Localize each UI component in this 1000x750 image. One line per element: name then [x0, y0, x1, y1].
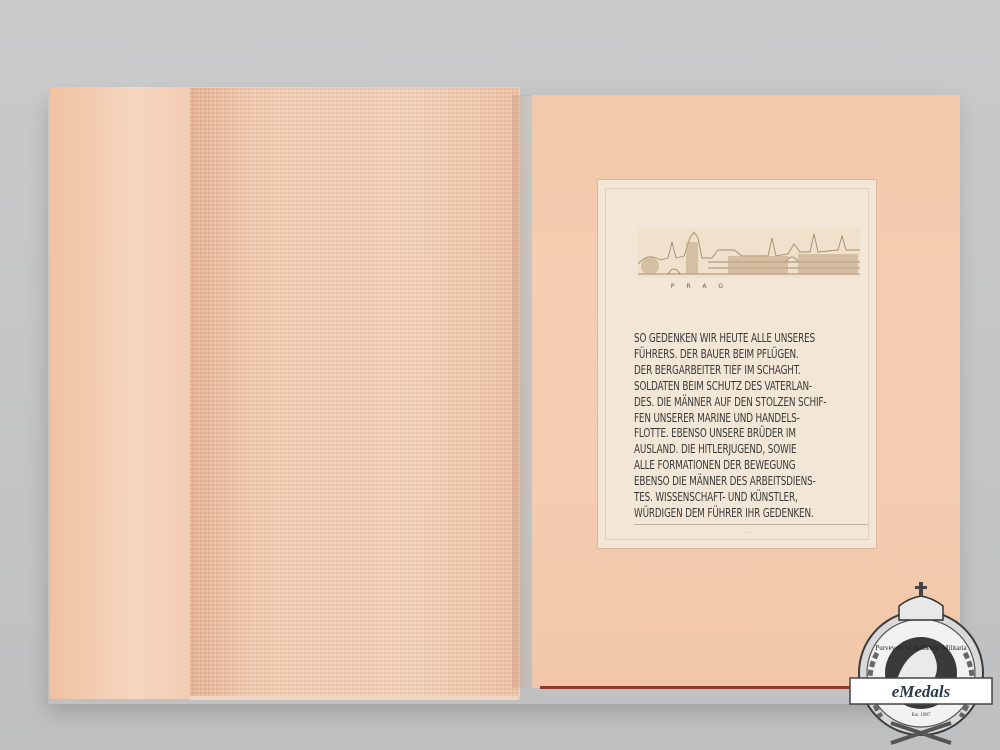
text-line: SOLDATEN BEIM SCHUTZ DES VATERLAN-	[634, 378, 818, 394]
text-line: ALLE FORMATIONEN DER BEWEGUNG	[634, 457, 818, 473]
text-line: SO GEDENKEN WIR HEUTE ALLE UNSERES	[634, 330, 818, 346]
seal-established: Est. 1987	[912, 713, 931, 718]
prague-skyline-icon	[638, 228, 860, 278]
plate-text: SO GEDENKEN WIR HEUTE ALLE UNSERES FÜHRE…	[634, 330, 870, 521]
ornament-dots: · ·	[744, 530, 750, 537]
book-gutter	[512, 95, 540, 688]
text-line: DER BERGARBEITER TIEF IM SCHAGHT.	[634, 362, 818, 378]
open-book: PRAG SO GEDENKEN WIR HEUTE ALLE UNSERES …	[0, 0, 1000, 750]
text-line: WÜRDIGEN DEM FÜHRER IHR GEDENKEN.	[634, 505, 818, 521]
plate-caption: PRAG	[638, 283, 768, 290]
text-line: FÜHRERS. DER BAUER BEIM PFLÜGEN.	[634, 346, 818, 362]
text-rule	[634, 524, 868, 525]
tissue-interleaf	[190, 88, 518, 700]
text-line: DES. DIE MÄNNER AUF DEN STOLZEN SCHIF-	[634, 394, 818, 410]
seal-motto: Purveyors of Authentic Militaria	[875, 644, 967, 652]
mounted-plate: PRAG SO GEDENKEN WIR HEUTE ALLE UNSERES …	[598, 180, 876, 548]
text-line: FEN UNSERER MARINE UND HANDELS-	[634, 410, 818, 426]
text-line: EBENSO DIE MÄNNER DES ARBEITSDIENS-	[634, 473, 818, 489]
seal-brand: eMedals	[892, 682, 951, 701]
text-line: TES. WISSENSCHAFT- UND KÜNSTLER,	[634, 489, 818, 505]
emedals-seal-icon: eMedals Purveyors of Authentic Militaria…	[846, 578, 996, 748]
text-line: AUSLAND. DIE HITLERJUGEND, SOWIE	[634, 441, 818, 457]
text-line: FLOTTE. EBENSO UNSERE BRÜDER IM	[634, 425, 818, 441]
flyleaf-strip	[50, 87, 190, 699]
